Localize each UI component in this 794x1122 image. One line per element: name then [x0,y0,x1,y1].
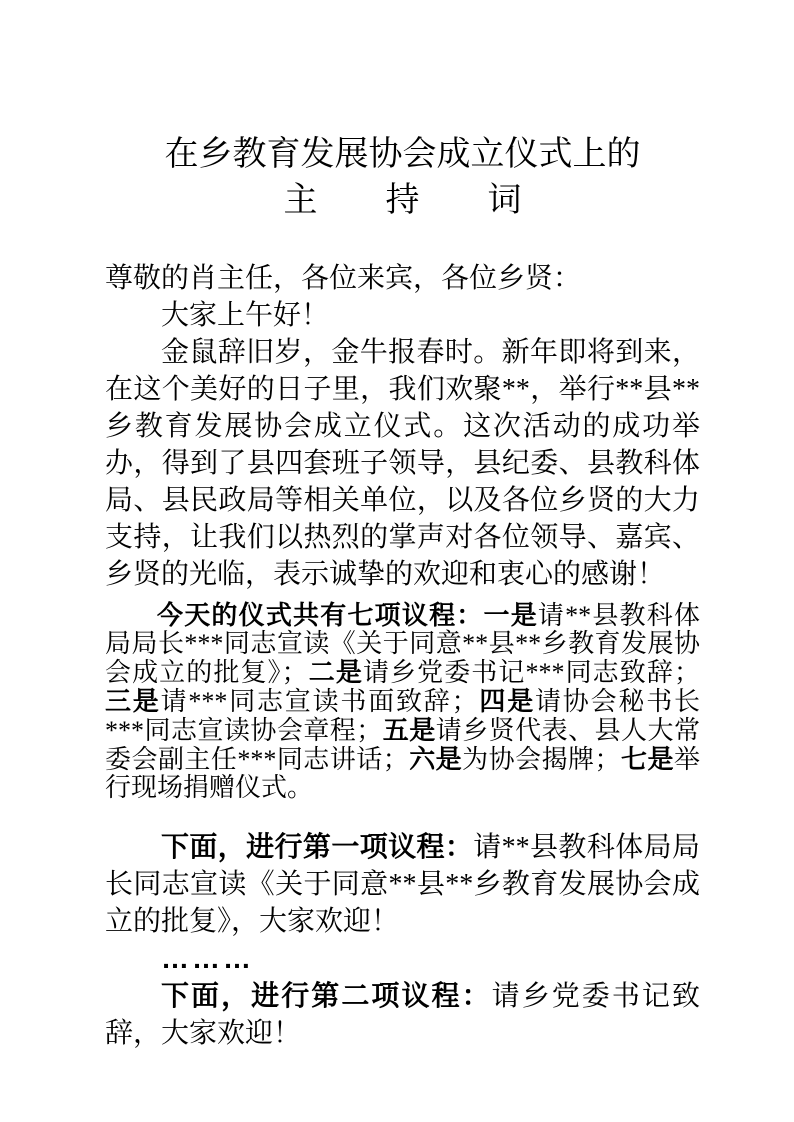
agenda-marker-2: 二是 [308,657,363,687]
agenda-text-6: 为协会揭牌； [462,745,620,774]
agenda-marker-6: 六是 [409,744,462,774]
agenda-paragraph: 今天的仪式共有七项议程：一是请**县教科体局局长***同志宣读《关于同意**县*… [105,601,700,802]
opening-paragraph: 金鼠辞旧岁，金牛报春时。新年即将到来，在这个美好的日子里，我们欢聚**，举行**… [105,334,700,593]
agenda-marker-1: 一是 [484,600,538,630]
second-item-lead: 下面，进行第二项议程： [161,980,492,1011]
second-item-paragraph: 下面，进行第二项议程：请乡党委书记致辞，大家欢迎！ [105,977,700,1052]
agenda-text-2: 请乡党委书记***同志致辞； [363,658,700,687]
agenda-text-3: 请***同志宣读书面致辞； [161,687,478,716]
document-page: 在乡教育发展协会成立仪式上的 主 持 词 尊敬的肖主任，各位来宾，各位乡贤： 大… [0,0,794,1122]
greeting-line: 大家上午好！ [105,297,700,334]
doc-title-line1: 在乡教育发展协会成立仪式上的 [105,132,700,178]
doc-title-line2: 主 持 词 [105,178,700,224]
agenda-marker-7: 七是 [621,744,674,774]
agenda-marker-5: 五是 [382,715,435,745]
first-item-paragraph: 下面，进行第一项议程：请**县教科体局局长同志宣读《关于同意**县**乡教育发展… [105,828,700,940]
ellipsis-line: ……… [105,940,700,977]
salutation-line: 尊敬的肖主任，各位来宾，各位乡贤： [105,260,700,297]
first-item-lead: 下面，进行第一项议程： [161,831,473,862]
agenda-lead: 今天的仪式共有七项议程： [157,600,484,630]
agenda-marker-4: 四是 [478,686,535,716]
agenda-marker-3: 三是 [105,686,161,716]
